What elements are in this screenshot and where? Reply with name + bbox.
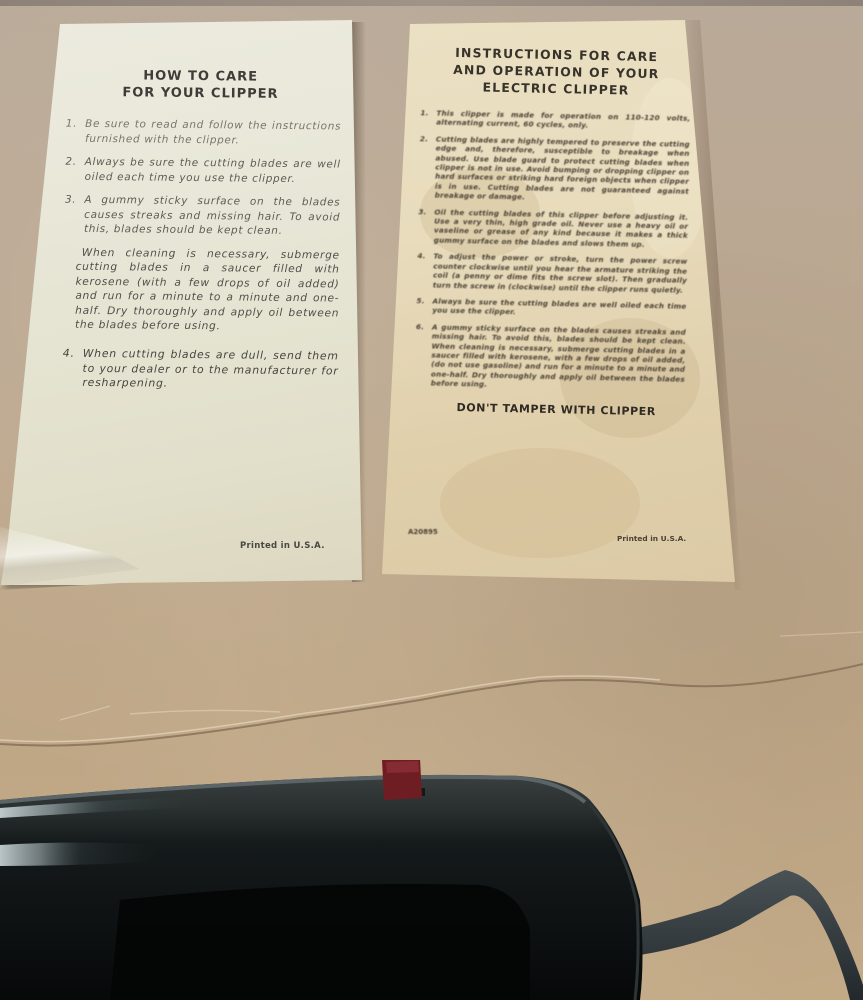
left-leaflet-footer: Printed in U.S.A. (240, 541, 325, 551)
paper-stain (440, 448, 640, 558)
right-leaflet-footer: Printed in U.S.A. (617, 534, 686, 543)
right-item: 5. Always be sure the cutting blades are… (416, 296, 686, 320)
right-item: 6. A gummy sticky surface on the blades … (415, 322, 686, 393)
left-cleaning-paragraph: When cleaning is necessary, submerge cut… (75, 245, 340, 335)
left-leaflet-title: HOW TO CARE FOR YOUR CLIPPER (59, 67, 341, 104)
electric-clipper (0, 760, 863, 1000)
photo-scene: HOW TO CARE FOR YOUR CLIPPER 1. Be sure … (0, 0, 863, 1000)
left-item: 4. When cutting blades are dull, send th… (48, 347, 338, 394)
left-item: 2. Always be sure the cutting blades are… (51, 154, 341, 186)
right-item: 1. This clipper is made for operation on… (420, 108, 690, 132)
right-item: 4. To adjust the power or stroke, turn t… (417, 251, 688, 294)
right-item: 2. Cutting blades are highly tempered to… (419, 134, 690, 205)
left-item: 1. Be sure to read and follow the instru… (51, 116, 341, 148)
right-leaflet-content: INSTRUCTIONS FOR CARE AND OPERATION OF Y… (414, 43, 692, 418)
left-leaflet-content: HOW TO CARE FOR YOUR CLIPPER 1. Be sure … (48, 66, 341, 402)
right-leaflet-code: A20895 (408, 528, 438, 536)
left-item: 3. A gummy sticky surface on the blades … (50, 192, 340, 239)
right-item: 3. Oil the cutting blades of this clippe… (418, 207, 689, 250)
right-leaflet-title: INSTRUCTIONS FOR CARE AND OPERATION OF Y… (421, 43, 692, 100)
